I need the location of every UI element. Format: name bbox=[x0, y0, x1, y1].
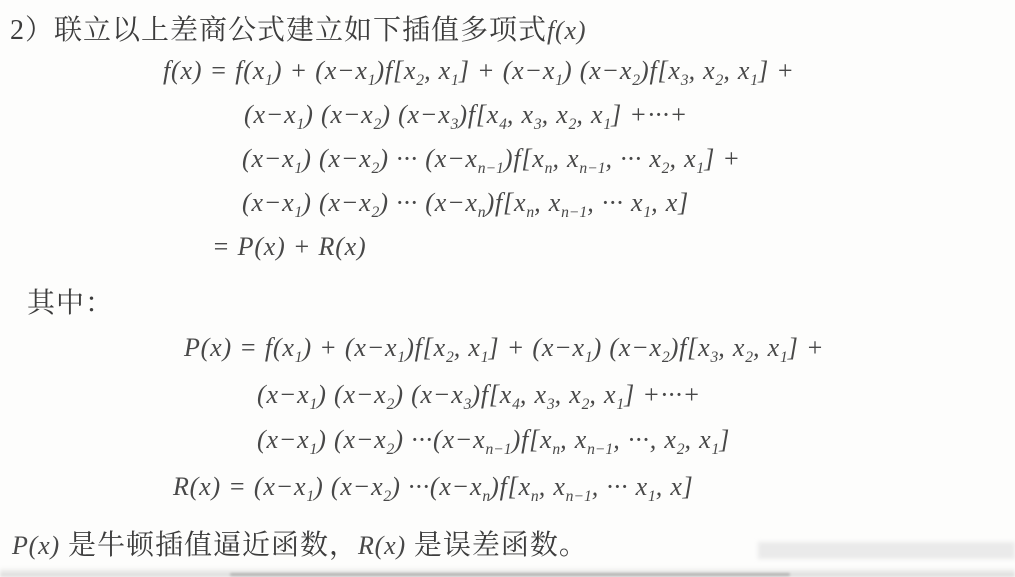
footer-text-1: 是牛顿插值逼近函数， bbox=[60, 530, 358, 561]
footer-text-2: 是误差函数。 bbox=[406, 530, 588, 561]
formula-px-line-3: (x−x1) (x−x2) ···(x−xn−1)f[xn, xn−1, ···… bbox=[257, 425, 730, 455]
section-heading: 2）联立以上差商公式建立如下插值多项式f(x) bbox=[10, 8, 586, 48]
closing-sentence: P(x) 是牛顿插值逼近函数，R(x) 是误差函数。 bbox=[12, 523, 588, 563]
formula-rx-line: R(x) = (x−x1) (x−x2) ···(x−xn)f[xn, xn−1… bbox=[173, 472, 694, 502]
footer-math-rx: R(x) bbox=[358, 531, 406, 560]
heading-text: 2）联立以上差商公式建立如下插值多项式 bbox=[10, 15, 547, 46]
heading-math-fx: f(x) bbox=[547, 16, 586, 45]
formula-px-line-2: (x−x1) (x−x2) (x−x3)f[x4, x3, x2, x1] +·… bbox=[257, 380, 701, 410]
formula-fx-line-4: (x−x1) (x−x2) ··· (x−xn)f[xn, xn−1, ··· … bbox=[242, 188, 689, 218]
formula-fx-line-2: (x−x1) (x−x2) (x−x3)f[x4, x3, x2, x1] +·… bbox=[244, 100, 688, 130]
formula-px-line-1: P(x) = f(x1) + (x−x1)f[x2, x1] + (x−x1) … bbox=[184, 333, 824, 363]
formula-fx-line-1: f(x) = f(x1) + (x−x1)f[x2, x1] + (x−x1) … bbox=[163, 56, 795, 86]
formula-fx-line-5: = P(x) + R(x) bbox=[212, 232, 366, 262]
scanned-page: 2）联立以上差商公式建立如下插值多项式f(x) f(x) = f(x1) + (… bbox=[0, 0, 1015, 577]
scan-shadow-streak bbox=[230, 573, 790, 576]
where-label: 其中： bbox=[27, 281, 114, 321]
footer-math-px: P(x) bbox=[12, 531, 60, 560]
scan-shadow-patch bbox=[758, 542, 1015, 559]
formula-fx-line-3: (x−x1) (x−x2) ··· (x−xn−1)f[xn, xn−1, ··… bbox=[242, 144, 741, 174]
